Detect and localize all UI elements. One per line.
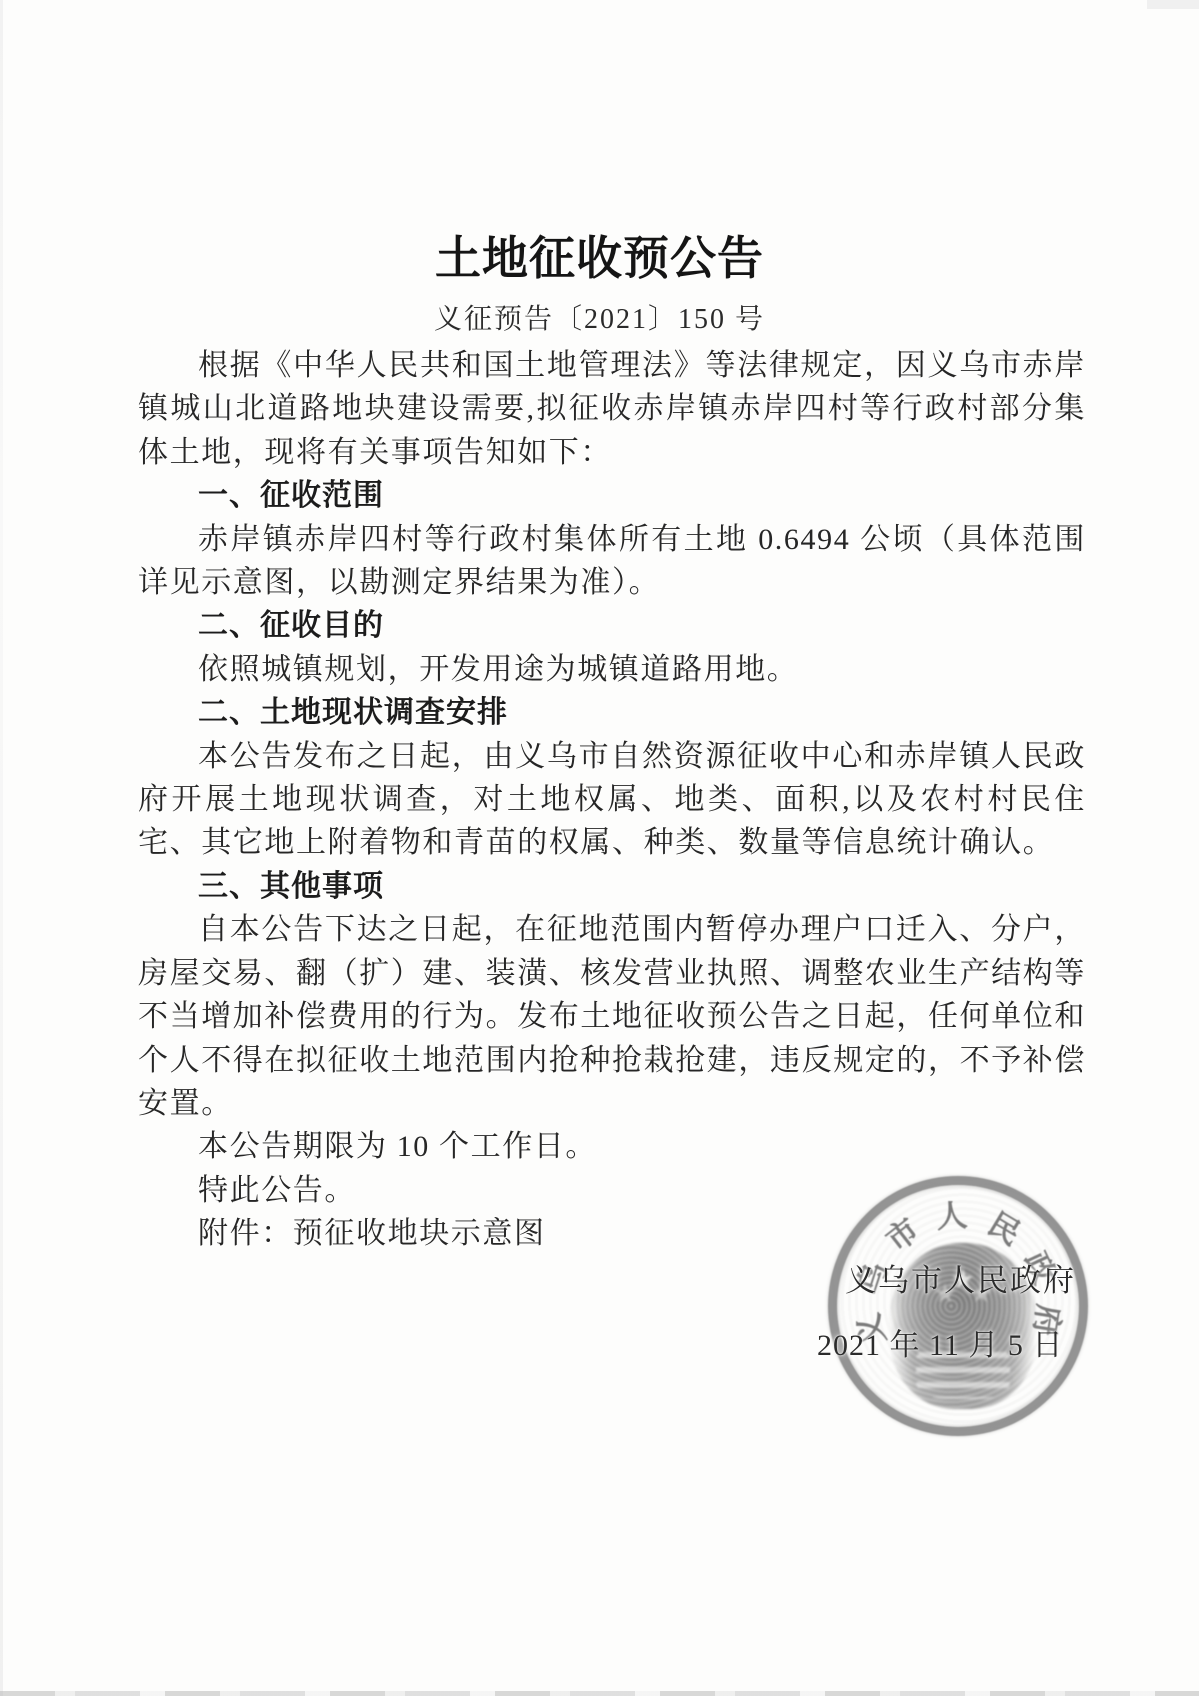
issue-date: 2021 年 11 月 5 日: [817, 1320, 1063, 1364]
seal-arc-char: 民: [981, 1199, 1031, 1254]
document-body: 根据《中华人民共和国土地管理法》等法律规定，因义乌市赤岸镇城山北道路地块建设需要…: [138, 344, 1086, 1256]
scan-bottom-artifact: [0, 1691, 1199, 1696]
seal-arc-char: 人: [934, 1190, 968, 1237]
intro-paragraph: 根据《中华人民共和国土地管理法》等法律规定，因义乌市赤岸镇城山北道路地块建设需要…: [138, 344, 1086, 474]
seal-arc-char: 市: [875, 1205, 927, 1260]
section-2-heading: 二、征收目的: [138, 604, 1086, 647]
scan-corner-artifact: [1147, 0, 1199, 9]
section-4-paragraph-2: 本公告期限为 10 个工作日。: [138, 1125, 1086, 1168]
section-1-paragraph: 赤岸镇赤岸四村等行政村集体所有土地 0.6494 公顷（具体范围详见示意图，以勘…: [138, 518, 1086, 605]
section-3-paragraph: 本公告发布之日起，由义乌市自然资源征收中心和赤岸镇人民政府开展土地现状调查，对土…: [138, 735, 1086, 865]
page-title: 土地征收预公告: [0, 222, 1199, 288]
official-seal: 义 乌 市 人 民 政 府 ★: [828, 1176, 1088, 1436]
section-4-heading: 三、其他事项: [138, 865, 1086, 908]
scanned-document-page: 土地征收预公告 义征预告〔2021〕150 号 根据《中华人民共和国土地管理法》…: [0, 0, 1199, 1696]
section-2-paragraph: 依照城镇规划，开发用途为城镇道路用地。: [138, 648, 1086, 691]
issuer-signature: 义乌市人民政府: [845, 1255, 1076, 1300]
section-4-paragraph-1: 自本公告下达之日起，在征地范围内暂停办理户口迁入、分户，房屋交易、翻（扩）建、装…: [138, 908, 1086, 1125]
section-3-heading: 二、土地现状调查安排: [138, 691, 1086, 734]
document-number: 义征预告〔2021〕150 号: [0, 297, 1199, 337]
section-1-heading: 一、征收范围: [138, 474, 1086, 517]
